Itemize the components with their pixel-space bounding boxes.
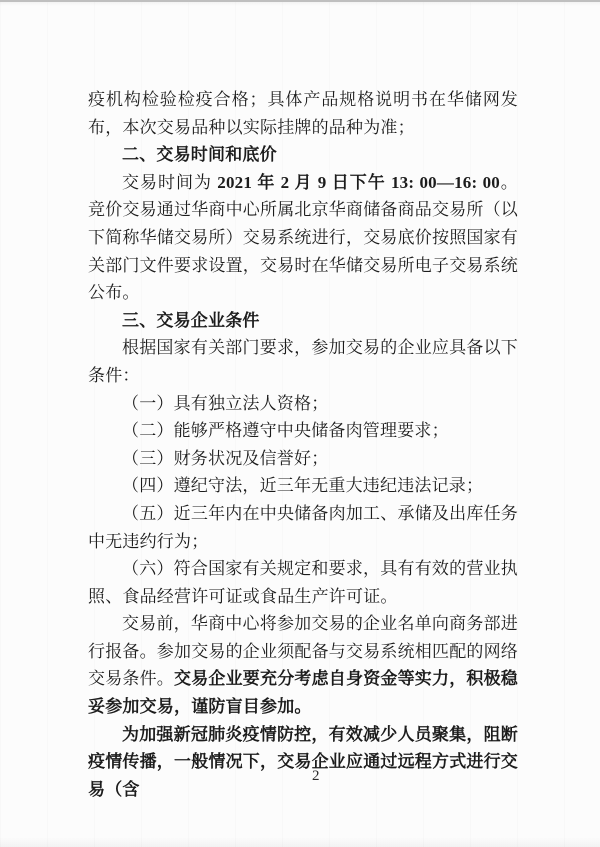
condition-item-5: （五）近三年内在中央储备肉加工、承储及出库任务中无违约行为；: [88, 500, 518, 555]
paragraph-continuation: 疫机构检验检疫合格；具体产品规格说明书在华储网发布，本次交易品种以实际挂牌的品种…: [88, 86, 518, 141]
document-page: 疫机构检验检疫合格；具体产品规格说明书在华储网发布，本次交易品种以实际挂牌的品种…: [0, 0, 600, 847]
paragraph-registration: 交易前，华商中心将参加交易的企业名单向商务部进行报备。参加交易的企业须配备与交易…: [88, 610, 518, 720]
section-heading-enterprise-conditions: 三、交易企业条件: [88, 307, 518, 335]
condition-item-4: （四）遵纪守法，近三年无重大违纪违法记录；: [88, 472, 518, 500]
paragraph-trading-time: 交易时间为 2021 年 2 月 9 日下午 13: 00—16: 00。竞价交…: [88, 169, 518, 307]
section-heading-trading-time: 二、交易时间和底价: [88, 141, 518, 169]
page-number: 2: [312, 768, 320, 785]
paragraph-covid-notice: 为加强新冠肺炎疫情防控，有效减少人员聚集，阻断疫情传播，一般情况下，交易企业应通…: [88, 721, 518, 804]
condition-item-3: （三）财务状况及信誉好；: [88, 445, 518, 473]
condition-item-6: （六）符合国家有关规定和要求，具有有效的营业执照、食品经营许可证或食品生产许可证…: [88, 555, 518, 610]
trading-time-rest: 。竞价交易通过华商中心所属北京华商储备商品交易所（以下简称华储交易所）交易系统进…: [88, 173, 518, 302]
trading-time-date: 2021 年 2 月 9 日下午 13: 00—16: 00: [217, 173, 500, 192]
paragraph-conditions-intro: 根据国家有关部门要求，参加交易的企业应具备以下条件：: [88, 334, 518, 389]
trading-time-text: 交易时间为: [122, 173, 217, 192]
document-body: 疫机构检验检疫合格；具体产品规格说明书在华储网发布，本次交易品种以实际挂牌的品种…: [88, 86, 518, 803]
condition-item-1: （一）具有独立法人资格；: [88, 390, 518, 418]
condition-item-2: （二）能够严格遵守中央储备肉管理要求；: [88, 417, 518, 445]
